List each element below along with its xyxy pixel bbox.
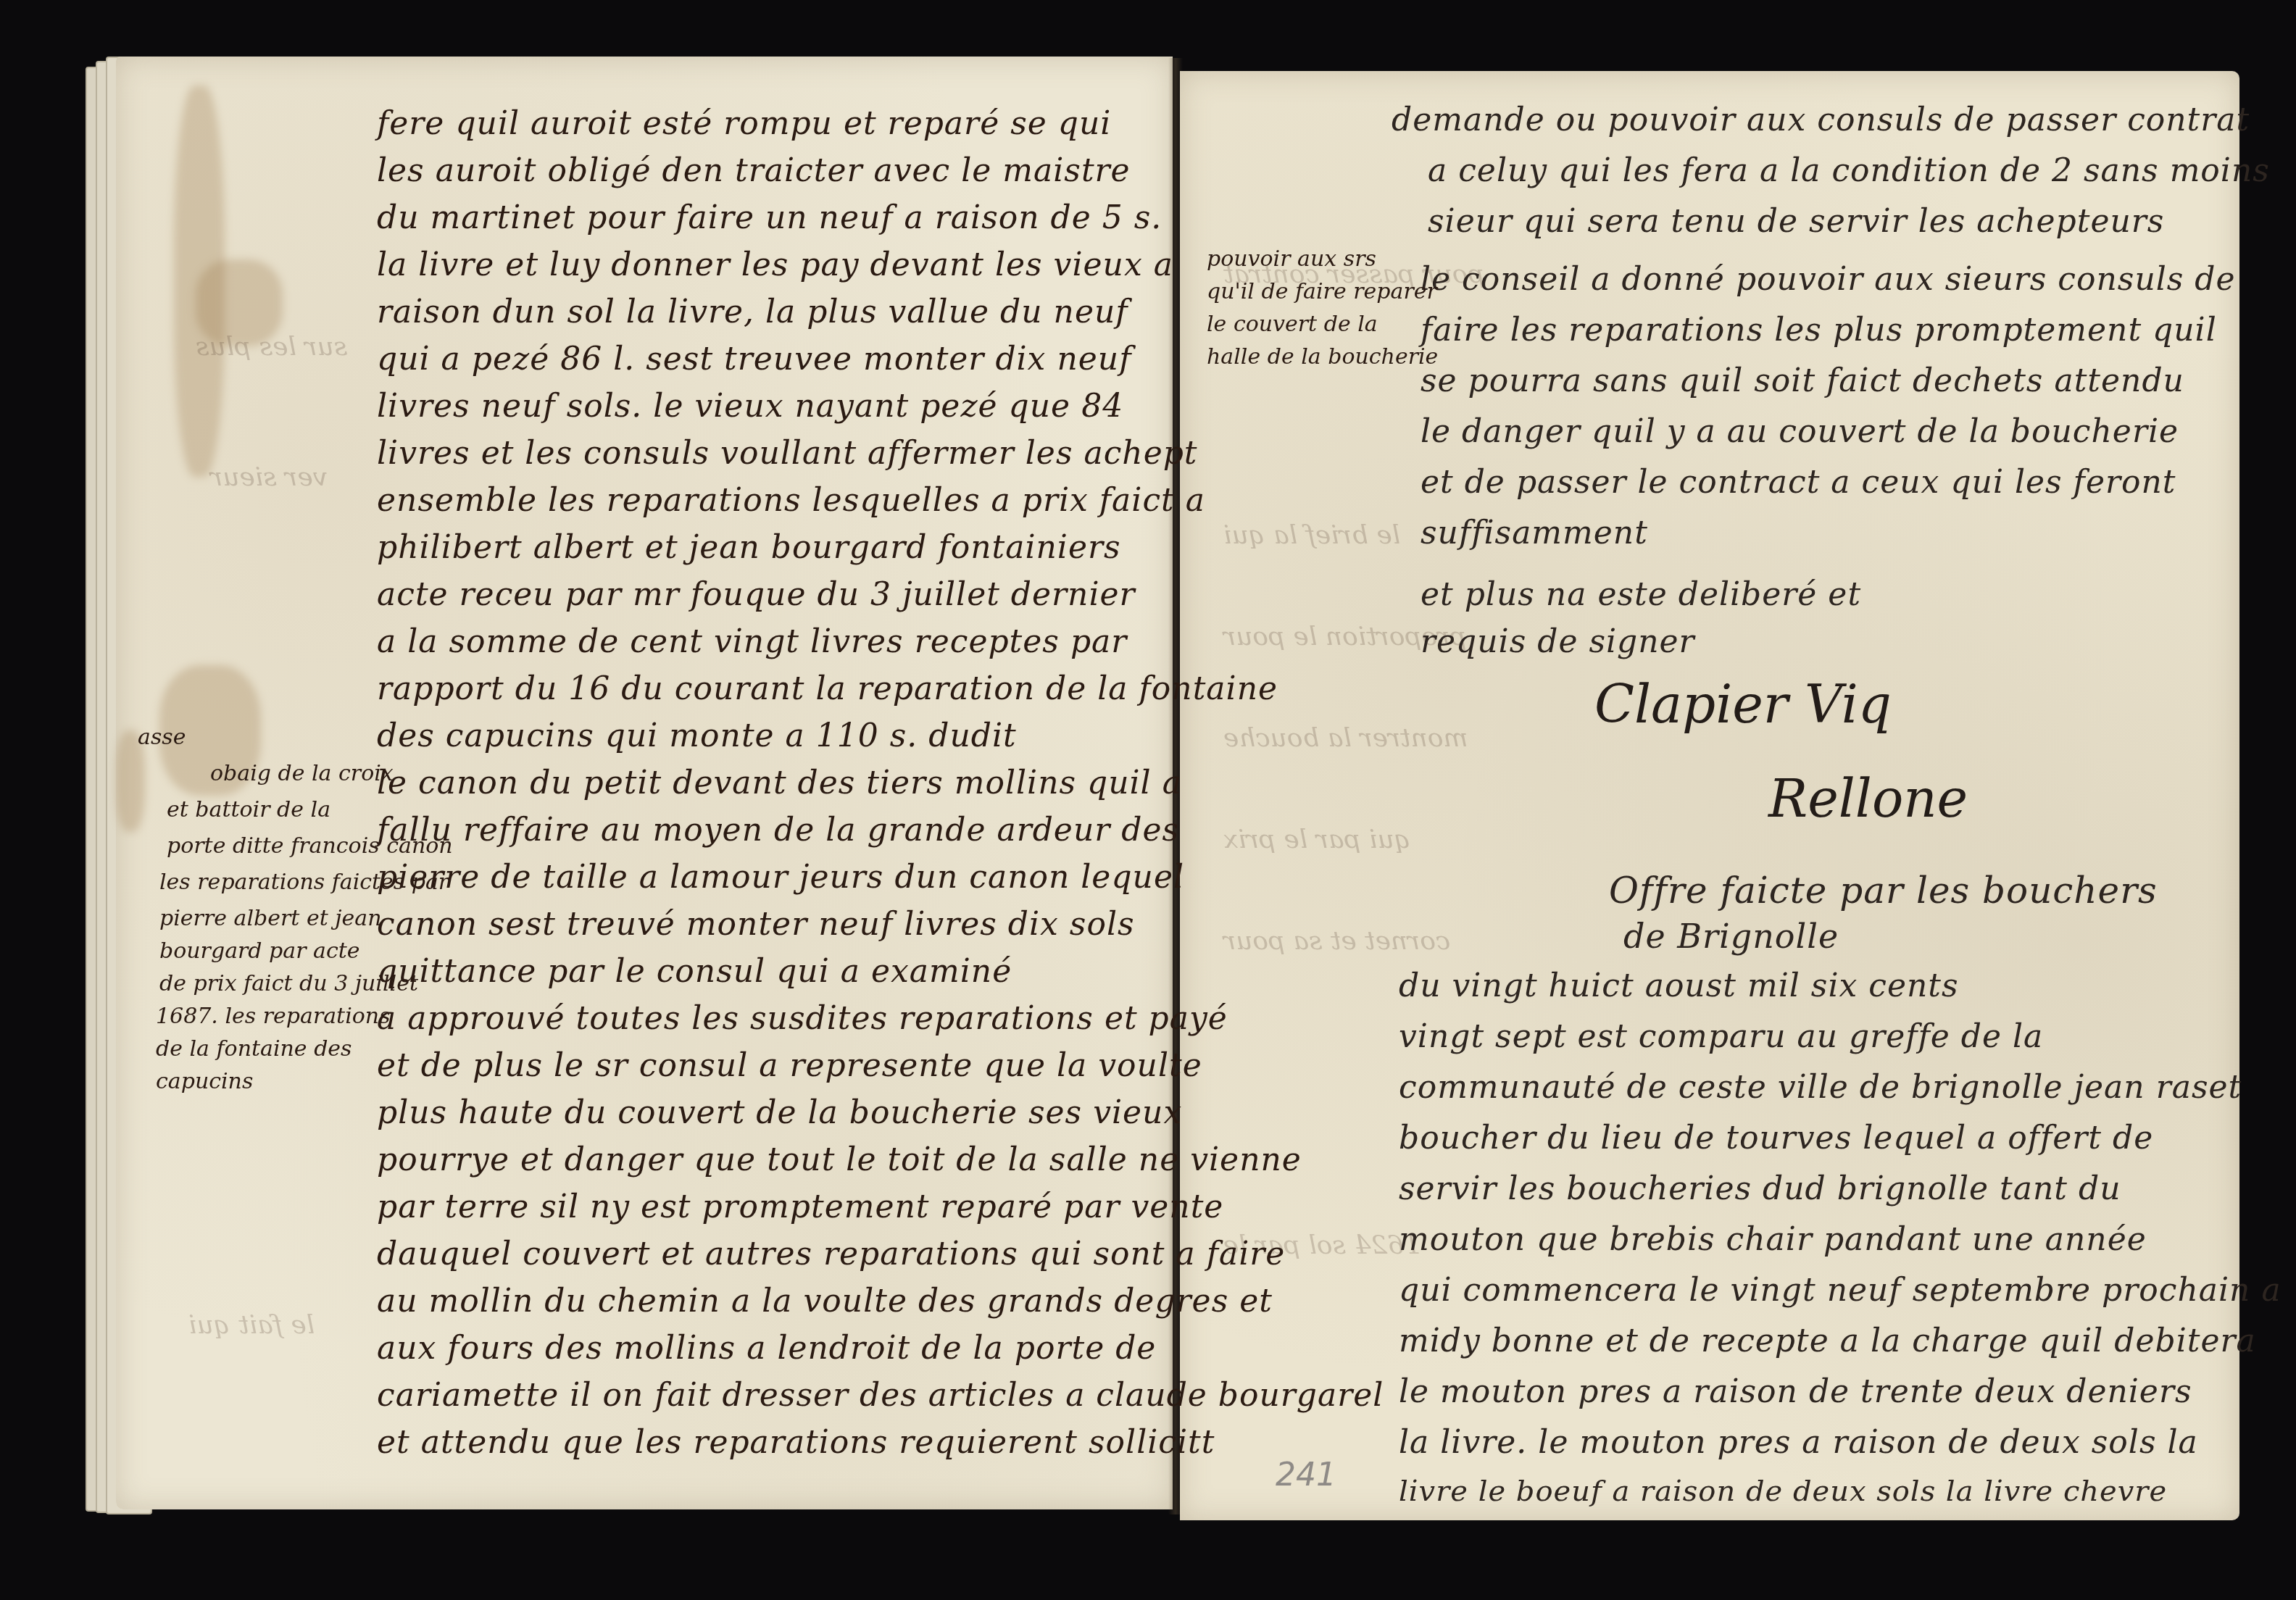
margin-note: capucins (156, 1069, 253, 1094)
right-line: se pourra sans quil soit faict dechets a… (1421, 362, 2184, 399)
left-line: des capucins qui monte a 110 s. dudit (377, 717, 1017, 754)
margin-note: le couvert de la (1207, 312, 1378, 337)
margin-note: halle de la boucherie (1207, 344, 1438, 370)
right-body-line: mouton que brebis chair pandant une anné… (1399, 1221, 2147, 1258)
bleed-through-text: cornet et sa pour (1223, 926, 1450, 956)
left-line: la livre et luy donner les pay devant le… (377, 246, 1173, 283)
left-line: le canon du petit devant des tiers molli… (377, 764, 1182, 801)
left-line: et attendu que les reparations requieren… (377, 1424, 1215, 1461)
right-line: suffisamment (1421, 514, 1648, 551)
margin-note: bourgard par acte (159, 938, 360, 964)
left-line: pourrye et danger que tout le toit de la… (377, 1141, 1302, 1178)
bleed-through-text: ver sieur (210, 462, 328, 492)
left-line: aux fours des mollins a lendroit de la p… (377, 1330, 1156, 1367)
left-line: plus haute du couvert de la boucherie se… (377, 1094, 1182, 1131)
left-line: du martinet pour faire un neuf a raison … (377, 199, 1162, 236)
left-line: livres et les consuls voullant affermer … (377, 435, 1198, 472)
right-line: le conseil a donné pouvoir aux sieurs co… (1421, 261, 2236, 298)
margin-note: les reparations faictes par (159, 870, 449, 895)
margin-note: asse (138, 725, 186, 750)
left-line: qui a pezé 86 l. sest treuvee monter dix… (377, 341, 1131, 378)
bleed-through-text: le fait qui (188, 1310, 315, 1340)
bleed-through-text: qui par le prix (1223, 825, 1411, 854)
left-line: quittance par le consul qui a examiné (377, 953, 1012, 990)
right-line: le danger quil y a au couvert de la bouc… (1421, 413, 2179, 450)
margin-note: porte ditte francois canon (167, 833, 453, 859)
left-line: rapport du 16 du courant la reparation d… (377, 670, 1278, 707)
right-body-line: qui commencera le vingt neuf septembre p… (1399, 1272, 2282, 1309)
right-body-line: vingt sept est comparu au greffe de la (1399, 1018, 2043, 1055)
right-body-line: communauté de ceste ville de brignolle j… (1399, 1069, 2242, 1106)
left-line: acte receu par mr fouque du 3 juillet de… (377, 576, 1136, 613)
folio-number: 241 (1276, 1457, 1336, 1493)
left-line: canon sest treuvé monter neuf livres dix… (377, 906, 1135, 943)
left-line: a la somme de cent vingt livres receptes… (377, 623, 1127, 660)
right-body-line: du vingt huict aoust mil six cents (1399, 967, 1959, 1004)
bleed-through-text: montrer la bouche (1223, 723, 1468, 753)
right-line: a celuy qui les fera a la condition de 2… (1428, 152, 2270, 189)
left-line: par terre sil ny est promptement reparé … (377, 1188, 1223, 1225)
left-line: les auroit obligé den traicter avec le m… (377, 152, 1131, 189)
right-line: et de passer le contract a ceux qui les … (1421, 464, 2176, 501)
left-line: livres neuf sols. le vieux nayant pezé q… (377, 388, 1123, 425)
right-body-line: la livre. le mouton pres a raison de deu… (1399, 1424, 2198, 1461)
left-line: raison dun sol la livre, la plus vallue … (377, 293, 1128, 330)
left-line: et de plus le sr consul a represente que… (377, 1047, 1202, 1084)
margin-note: qu'il de faire reparer (1207, 279, 1437, 304)
right-body-line: servir les boucheries dud brignolle tant… (1399, 1170, 2121, 1207)
right-body-line: le mouton pres a raison de trente deux d… (1399, 1373, 2192, 1410)
right-body-line: boucher du lieu de tourves lequel a offe… (1399, 1120, 2153, 1157)
signature: Clapier Viq (1594, 674, 1892, 735)
margin-note: de la fontaine des (156, 1036, 352, 1062)
margin-note: de prix faict du 3 juillet (159, 971, 418, 996)
closing-line: requis de signer (1421, 623, 1695, 660)
bleed-through-text: sur les plus (196, 332, 347, 362)
margin-note: et battoir de la (167, 797, 330, 822)
bleed-through-text: le brief la qui (1223, 520, 1400, 550)
left-line: dauquel couvert et autres reparations qu… (377, 1236, 1285, 1272)
right-line: sieur qui sera tenu de servir les achept… (1428, 203, 2164, 240)
left-line: fallu reffaire au moyen de la grande ard… (377, 812, 1179, 849)
right-line: faire les reparations les plus prompteme… (1421, 312, 2217, 349)
left-line: a approuvé toutes les susdites reparatio… (377, 1000, 1228, 1037)
right-body-line: livre le boeuf a raison de deux sols la … (1399, 1475, 2167, 1508)
left-line: philibert albert et jean bourgard fontai… (377, 529, 1121, 566)
right-body-line: midy bonne et de recepte a la charge qui… (1399, 1322, 2256, 1359)
margin-note: pierre albert et jean (159, 906, 382, 931)
left-line: cariamette il on fait dresser des articl… (377, 1377, 1384, 1414)
left-line: au mollin du chemin a la voulte des gran… (377, 1283, 1273, 1320)
margin-note: obaig de la croix (210, 761, 394, 786)
margin-note: pouvoir aux srs (1207, 246, 1376, 272)
closing-line: et plus na este deliberé et (1421, 576, 1861, 613)
left-line: pierre de taille a lamour jeurs dun cano… (377, 859, 1184, 896)
signature: Rellone (1768, 768, 1968, 829)
entry-heading: Offre faicte par les bouchers (1609, 870, 2158, 912)
right-line: demande ou pouvoir aux consuls de passer… (1392, 101, 2250, 138)
margin-note: 1687. les reparations (156, 1004, 391, 1029)
entry-heading: de Brignolle (1623, 917, 1839, 956)
left-line: ensemble les reparations lesquelles a pr… (377, 482, 1205, 519)
left-line: fere quil auroit esté rompu et reparé se… (377, 105, 1111, 142)
